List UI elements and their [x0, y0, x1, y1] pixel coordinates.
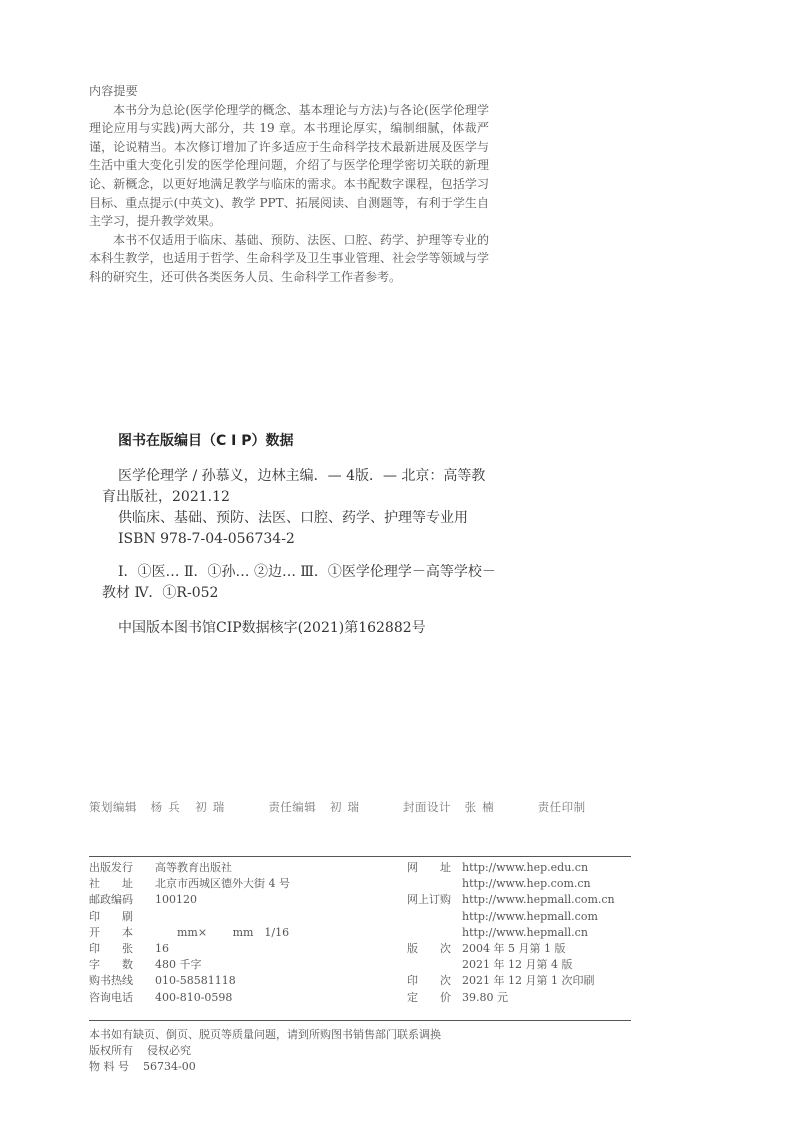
copyright-label: 版权所有	[89, 1044, 133, 1057]
summary-paragraph: 本书不仅适用于临床、基础、预防、法医、口腔、药学、护理等专业的本科生教学，也适用…	[89, 231, 489, 287]
info-row-edition: 版 次2004 年 5 月第 1 版	[407, 941, 647, 957]
info-value-link: http://www.hepmall.com.cn	[462, 892, 615, 908]
info-row-postcode: 邮政编码100120	[89, 892, 389, 908]
info-value: 2021 年 12 月第 4 版	[462, 957, 572, 973]
info-label	[407, 876, 453, 892]
cip-bibliographic-entry: 医学伦理学 / 孙慕义，边林主编．— 4版．— 北京：高等教育出版社，2021.…	[102, 466, 498, 508]
info-value: 39.80 元	[462, 990, 508, 1006]
divider-bottom	[89, 1020, 631, 1021]
info-row-sheets: 印 张16	[89, 941, 389, 957]
info-label: 印 次	[407, 973, 453, 989]
info-label: 版 次	[407, 941, 453, 957]
divider-top	[89, 856, 631, 857]
info-row-online-order: http://www.hepmall.com	[407, 909, 647, 925]
info-label	[407, 909, 453, 925]
info-row-inquiry-phone: 咨询电话400-810-0598	[89, 990, 389, 1006]
info-row-address: 社 址北京市西城区德外大街 4 号	[89, 876, 389, 892]
footer-notes: 本书如有缺页、倒页、脱页等质量问题，请到所购图书销售部门联系调换 版权所有侵权必…	[89, 1027, 441, 1075]
info-row-sales-hotline: 购书热线010-58581118	[89, 973, 389, 989]
info-value: 2021 年 12 月第 1 次印刷	[462, 973, 594, 989]
credit-label: 责任编辑	[268, 800, 316, 814]
cip-title: 图书在版编目（C I P）数据	[118, 430, 498, 450]
info-row-price: 定 价39.80 元	[407, 990, 647, 1006]
info-label	[407, 925, 453, 941]
credit-value: 杨兵 初瑞	[151, 800, 231, 814]
credit-label: 策划编辑	[89, 800, 137, 814]
info-label: 出版发行	[89, 860, 147, 876]
info-row-printer: 印 刷	[89, 909, 389, 925]
info-row-website: 网 址http://www.hep.edu.cn	[407, 860, 647, 876]
material-value: 56734-00	[143, 1060, 196, 1073]
info-label	[407, 957, 453, 973]
content-summary: 内容提要 本书分为总论(医学伦理学的概念、基本理论与方法)与各论(医学伦理学理论…	[89, 82, 489, 287]
info-row-online-order: http://www.hepmall.cn	[407, 925, 647, 941]
info-row-website: http://www.hep.com.cn	[407, 876, 647, 892]
info-value: 400-810-0598	[155, 990, 232, 1006]
info-row-publisher: 出版发行高等教育出版社	[89, 860, 389, 876]
material-label: 物 料 号	[89, 1060, 129, 1073]
info-row-printing: 印 次2021 年 12 月第 1 次印刷	[407, 973, 647, 989]
copyright-value: 侵权必究	[147, 1044, 191, 1057]
info-value: 2004 年 5 月第 1 版	[462, 941, 565, 957]
info-value: mm× mm 1/16	[155, 925, 289, 941]
summary-heading: 内容提要	[89, 82, 489, 101]
info-value-link: http://www.hepmall.com	[462, 909, 598, 925]
info-label: 印 刷	[89, 909, 147, 925]
info-label: 咨询电话	[89, 990, 147, 1006]
credit-print-supervisor: 责任印制	[538, 799, 596, 815]
info-row-word-count: 字 数480 千字	[89, 957, 389, 973]
quality-notice: 本书如有缺页、倒页、脱页等质量问题，请到所购图书销售部门联系调换	[89, 1027, 441, 1043]
credit-value: 初瑞	[330, 800, 365, 814]
cip-isbn: ISBN 978-7-04-056734-2	[118, 529, 498, 550]
info-label: 字 数	[89, 957, 147, 973]
info-label: 购书热线	[89, 973, 147, 989]
info-label: 印 张	[89, 941, 147, 957]
cip-number: 中国版本图书馆CIP数据核字(2021)第162882号	[118, 618, 498, 639]
summary-paragraph: 本书分为总论(医学伦理学的概念、基本理论与方法)与各论(医学伦理学理论应用与实践…	[89, 101, 489, 231]
info-value-link: http://www.hep.edu.cn	[462, 860, 588, 876]
info-value-link: http://www.hepmall.cn	[462, 925, 588, 941]
copyright-row: 版权所有侵权必究	[89, 1043, 441, 1059]
info-value: 北京市西城区德外大街 4 号	[155, 876, 290, 892]
info-value: 480 千字	[155, 957, 202, 973]
info-row-edition: 2021 年 12 月第 4 版	[407, 957, 647, 973]
info-row-online-order: 网上订购http://www.hepmall.com.cn	[407, 892, 647, 908]
info-value: 高等教育出版社	[155, 860, 232, 876]
credit-cover-design: 封面设计 张楠	[403, 799, 500, 815]
credit-responsible-editor: 责任编辑 初瑞	[268, 799, 365, 815]
material-number-row: 物 料 号56734-00	[89, 1059, 441, 1075]
credit-label: 责任印制	[538, 800, 586, 814]
info-label: 开 本	[89, 925, 147, 941]
info-row-format: 开 本 mm× mm 1/16	[89, 925, 389, 941]
credit-value: 张楠	[465, 800, 500, 814]
info-label: 网 址	[407, 860, 453, 876]
info-value-link: http://www.hep.com.cn	[462, 876, 591, 892]
credit-planning-editor: 策划编辑 杨兵 初瑞	[89, 799, 230, 815]
credit-label: 封面设计	[403, 800, 451, 814]
cip-data-block: 图书在版编目（C I P）数据 医学伦理学 / 孙慕义，边林主编．— 4版．— …	[118, 430, 498, 639]
info-label: 社 址	[89, 876, 147, 892]
cip-audience-note: 供临床、基础、预防、法医、口腔、药学、护理等专业用	[102, 508, 498, 529]
publisher-info-left: 出版发行高等教育出版社 社 址北京市西城区德外大街 4 号 邮政编码100120…	[89, 860, 389, 1006]
publisher-info-right: 网 址http://www.hep.edu.cn http://www.hep.…	[407, 860, 647, 1006]
info-label: 邮政编码	[89, 892, 147, 908]
cip-classification: Ⅰ．①医… Ⅱ．①孙… ②边… Ⅲ．①医学伦理学－高等学校－教材 Ⅳ．①R-05…	[102, 562, 498, 604]
info-value: 010-58581118	[155, 973, 236, 989]
info-value: 100120	[155, 892, 197, 908]
info-label: 定 价	[407, 990, 453, 1006]
info-label: 网上订购	[407, 892, 453, 908]
staff-credits: 策划编辑 杨兵 初瑞 责任编辑 初瑞 封面设计 张楠 责任印制	[89, 799, 649, 815]
info-value: 16	[155, 941, 169, 957]
